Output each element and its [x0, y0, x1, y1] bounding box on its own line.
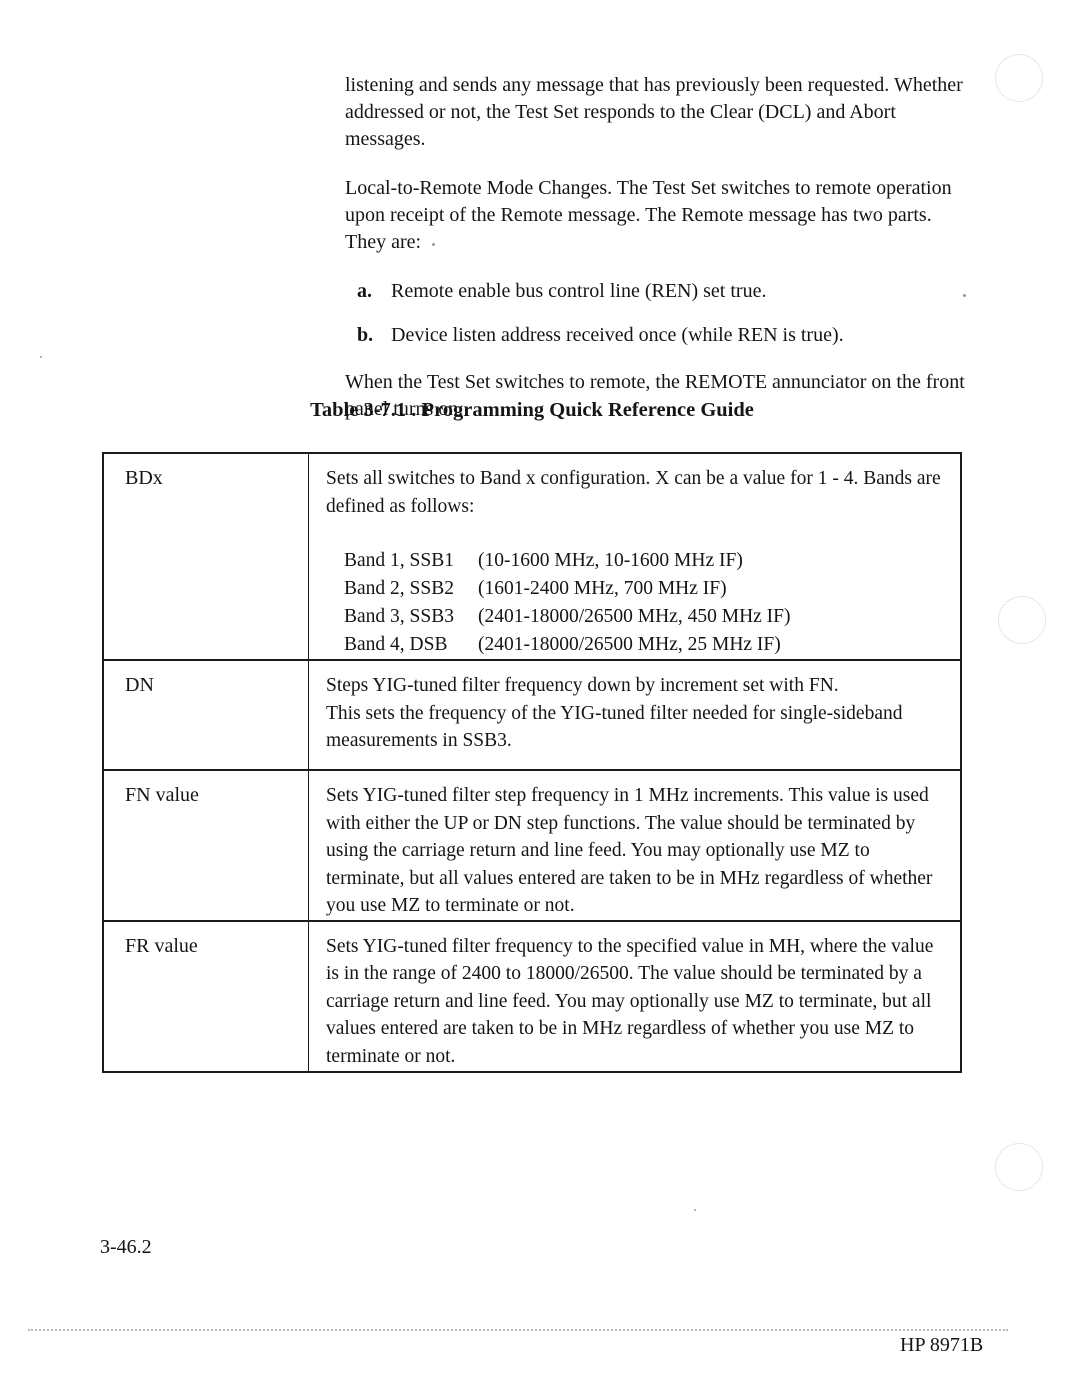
list-item-b: b. Device listen address received once (… — [357, 322, 967, 349]
description-cell: Sets all switches to Band x configuratio… — [309, 454, 960, 659]
band-label: Band 1, SSB1 — [344, 547, 478, 575]
band-definitions: Band 1, SSB1 (10-1600 MHz, 10-1600 MHz I… — [344, 547, 942, 659]
band-spec: (2401-18000/26500 MHz, 450 MHz IF) — [478, 603, 791, 631]
band-line: Band 1, SSB1 (10-1600 MHz, 10-1600 MHz I… — [344, 547, 942, 575]
description-text: This sets the frequency of the YIG-tuned… — [326, 700, 942, 755]
scan-artifact-circle — [995, 54, 1043, 102]
description-text: Sets YIG-tuned filter step frequency in … — [326, 782, 942, 920]
table-row-dn: DN Steps YIG-tuned filter frequency down… — [104, 661, 960, 771]
command-cell: FR value — [104, 922, 309, 1071]
description-cell: Sets YIG-tuned filter frequency to the s… — [309, 922, 960, 1071]
paragraph-listening: listening and sends any message that has… — [345, 72, 967, 153]
description-text: Sets all switches to Band x configuratio… — [326, 465, 942, 520]
description-text: Sets YIG-tuned filter frequency to the s… — [326, 933, 942, 1071]
manual-page: listening and sends any message that has… — [0, 0, 1080, 1399]
band-spec: (1601-2400 MHz, 700 MHz IF) — [478, 575, 727, 603]
list-marker-b: b. — [357, 322, 391, 349]
band-line: Band 4, DSB (2401-18000/26500 MHz, 25 MH… — [344, 631, 942, 659]
command-cell: DN — [104, 661, 309, 769]
band-line: Band 3, SSB3 (2401-18000/26500 MHz, 450 … — [344, 603, 942, 631]
list-text-b: Device listen address received once (whi… — [391, 322, 844, 349]
list-item-a: a. Remote enable bus control line (REN) … — [357, 278, 967, 305]
table-row-bdx: BDx Sets all switches to Band x configur… — [104, 454, 960, 661]
command-cell: BDx — [104, 454, 309, 659]
description-cell: Sets YIG-tuned filter step frequency in … — [309, 771, 960, 920]
paragraph-local-to-remote: Local-to-Remote Mode Changes. The Test S… — [345, 175, 967, 256]
scan-artifact-circle — [995, 1143, 1043, 1191]
footer-divider — [28, 1329, 1008, 1331]
band-label: Band 2, SSB2 — [344, 575, 478, 603]
body-text-block: listening and sends any message that has… — [345, 72, 967, 445]
programming-reference-table: BDx Sets all switches to Band x configur… — [102, 452, 962, 1073]
page-number: 3-46.2 — [100, 1236, 152, 1259]
table-row-fr-value: FR value Sets YIG-tuned filter frequency… — [104, 922, 960, 1071]
scan-artifact-circle — [998, 596, 1046, 644]
list-text-a: Remote enable bus control line (REN) set… — [391, 278, 766, 305]
table-row-fn-value: FN value Sets YIG-tuned filter step freq… — [104, 771, 960, 922]
document-id: HP 8971B — [900, 1334, 983, 1357]
band-line: Band 2, SSB2 (1601-2400 MHz, 700 MHz IF) — [344, 575, 942, 603]
scan-speck — [694, 1209, 696, 1211]
scan-speck — [432, 243, 435, 246]
table-caption: Table 3-7.1 . Programming Quick Referenc… — [102, 399, 962, 422]
band-label: Band 4, DSB — [344, 631, 478, 659]
scan-speck — [963, 294, 966, 297]
scan-speck — [40, 356, 42, 358]
band-spec: (2401-18000/26500 MHz, 25 MHz IF) — [478, 631, 781, 659]
command-cell: FN value — [104, 771, 309, 920]
band-label: Band 3, SSB3 — [344, 603, 478, 631]
description-cell: Steps YIG-tuned filter frequency down by… — [309, 661, 960, 769]
remote-message-list: a. Remote enable bus control line (REN) … — [357, 278, 967, 349]
description-text: Steps YIG-tuned filter frequency down by… — [326, 672, 942, 700]
band-spec: (10-1600 MHz, 10-1600 MHz IF) — [478, 547, 743, 575]
list-marker-a: a. — [357, 278, 391, 305]
